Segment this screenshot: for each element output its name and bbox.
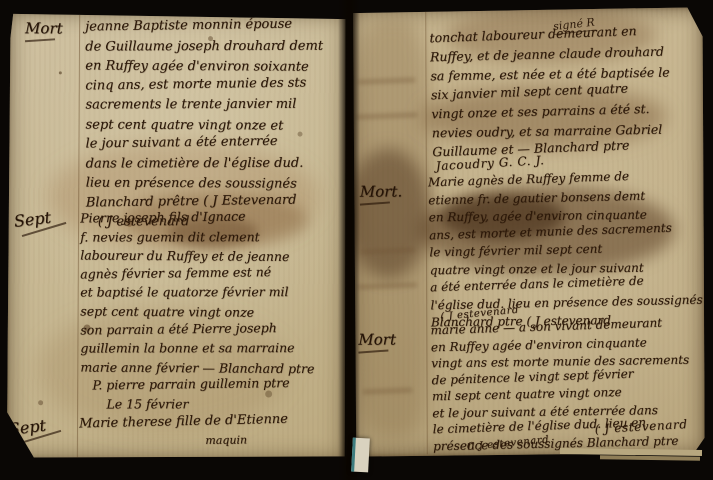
page-marker-tab [351,438,370,473]
ink-bleedthrough [362,388,412,395]
right-page: signé R tonchat laboureur demeurant en R… [351,7,705,456]
manuscript-line: guillemin la bonne et sa marraine [80,339,314,358]
left-page: Mort jeanne Baptiste monnin épouse de Gu… [7,11,347,461]
foxing-specks [59,71,62,74]
manuscript-line: dans le cimetière de l'église dud. [86,153,324,173]
margin-annotation-sepult: Sept [8,415,56,443]
burial-entry: Marie agnès de Ruffey femme de etienne f… [428,169,703,332]
ink-bleedthrough [357,77,415,84]
baptism-entry: Pierre joseph fils d'Ignace f. nevies gu… [80,209,314,414]
manuscript-line: le jour suivant a été enterrée [85,131,323,154]
margin-annotation-mort: Mort [358,330,396,352]
manuscript-line: de Guillaume joseph drouhard demt [85,36,323,56]
ink-bleedthrough [357,282,417,289]
margin-annotation-mort: Mort. [360,182,402,204]
book-gutter [338,0,360,480]
baptism-entry: tonchat laboureur demeurant en Ruffey, e… [429,22,671,161]
margin-rule [425,8,428,454]
manuscript-line: et baptisé le quatorze février mil [80,283,314,302]
manuscript-line: jeanne Baptiste monnin épouse [85,14,323,37]
manuscript-line: f. nevies guemin dit clement [80,228,314,247]
burial-entry: marie anne — a son vivant demeurant en R… [430,316,691,454]
manuscript-line: Marie therese fille de d'Etienne [79,411,288,434]
page-edge [600,455,700,460]
manuscript-line: maquin [205,431,288,450]
manuscript-scan: Mort jeanne Baptiste monnin épouse de Gu… [0,0,713,480]
manuscript-line: cinq ans, est morte munie des sts [85,73,323,96]
ink-bleedthrough [360,247,415,254]
manuscript-line: Pierre joseph fils d'Ignace [80,207,314,228]
burial-entry: jeanne Baptiste monnin épouse de Guillau… [85,17,324,232]
burial-entry: Marie therese fille de d'Etienne maquin [79,413,288,452]
ink-bleedthrough [356,112,418,119]
manuscript-line: son parrain a été Pierre joseph [80,318,314,339]
margin-annotation-mort: Mort [25,19,63,41]
signature-line: P. pierre parrain guillemin ptre [92,374,314,395]
manuscript-line: sacrements le trente janvier mil [85,95,323,115]
manuscript-line: agnès février sa femme est né [80,262,314,283]
margin-annotation-sepult: Sept [13,207,61,235]
ink-stain [351,148,431,278]
